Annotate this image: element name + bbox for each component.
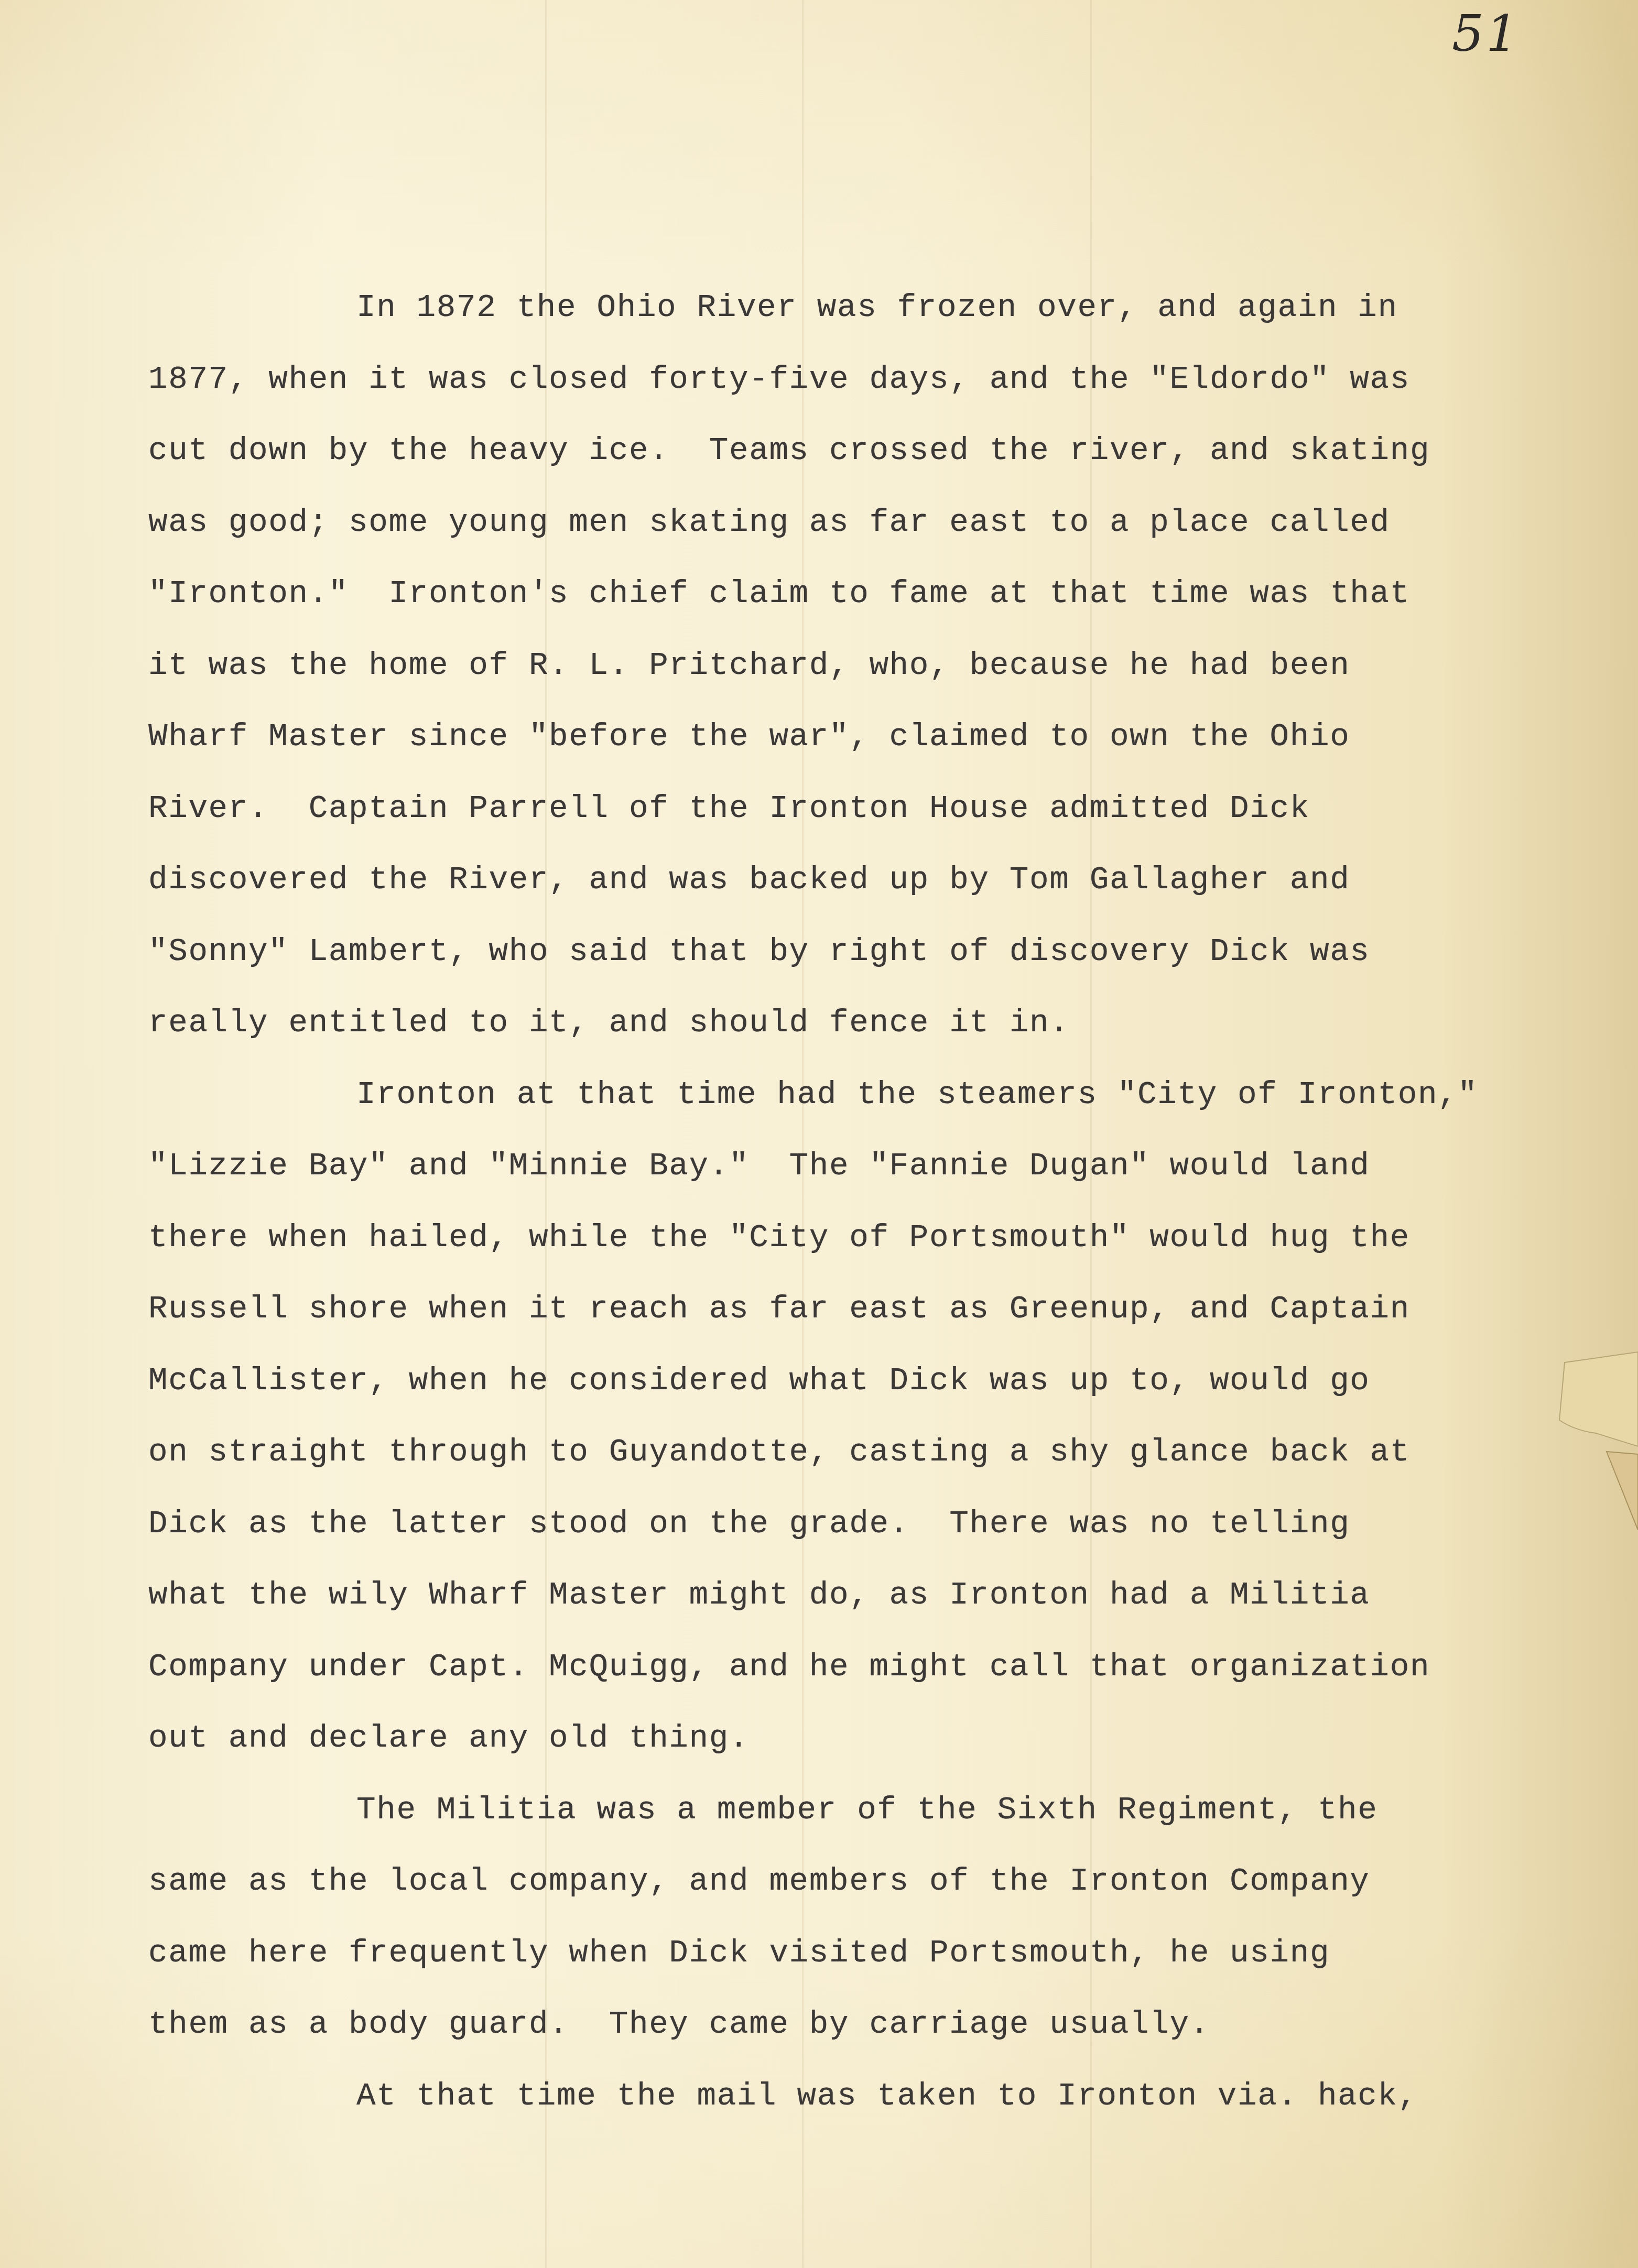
text-line: what the wily Wharf Master might do, as … (148, 1560, 1574, 1632)
text-line: River. Captain Parrell of the Ironton Ho… (148, 773, 1574, 845)
text-line: "Ironton." Ironton's chief claim to fame… (148, 559, 1574, 630)
text-line: Russell shore when it reach as far east … (148, 1274, 1574, 1346)
text-line: cut down by the heavy ice. Teams crossed… (148, 416, 1574, 487)
text-line: Company under Capt. McQuigg, and he migh… (148, 1632, 1574, 1704)
document-body: In 1872 the Ohio River was frozen over, … (148, 272, 1574, 2132)
text-line: really entitled to it, and should fence … (148, 988, 1574, 1060)
paragraph: The Militia was a member of the Sixth Re… (148, 1775, 1574, 2061)
text-line: Wharf Master since "before the war", cla… (148, 702, 1574, 773)
text-line: came here frequently when Dick visited P… (148, 1918, 1574, 1990)
paragraph: In 1872 the Ohio River was frozen over, … (148, 272, 1574, 1060)
text-line: same as the local company, and members o… (148, 1846, 1574, 1918)
text-line: McCallister, when he considered what Dic… (148, 1346, 1574, 1417)
paragraph: At that time the mail was taken to Iront… (148, 2061, 1574, 2133)
text-line: on straight through to Guyandotte, casti… (148, 1417, 1574, 1489)
handwritten-page-number: 51 (1452, 4, 1520, 63)
text-line: discovered the River, and was backed up … (148, 845, 1574, 917)
text-line: there when hailed, while the "City of Po… (148, 1203, 1574, 1274)
text-line: "Sonny" Lambert, who said that by right … (148, 917, 1574, 988)
text-line: Dick as the latter stood on the grade. T… (148, 1489, 1574, 1561)
text-line: them as a body guard. They came by carri… (148, 1989, 1574, 2061)
text-line: 1877, when it was closed forty-five days… (148, 344, 1574, 416)
text-line: Ironton at that time had the steamers "C… (148, 1060, 1574, 1131)
paragraph: Ironton at that time had the steamers "C… (148, 1060, 1574, 1775)
text-line: In 1872 the Ohio River was frozen over, … (148, 272, 1574, 344)
text-line: The Militia was a member of the Sixth Re… (148, 1775, 1574, 1847)
text-line: was good; some young men skating as far … (148, 487, 1574, 559)
text-line: "Lizzie Bay" and "Minnie Bay." The "Fann… (148, 1131, 1574, 1203)
text-line: out and declare any old thing. (148, 1703, 1574, 1775)
text-line: At that time the mail was taken to Iront… (148, 2061, 1574, 2133)
text-line: it was the home of R. L. Pritchard, who,… (148, 630, 1574, 702)
